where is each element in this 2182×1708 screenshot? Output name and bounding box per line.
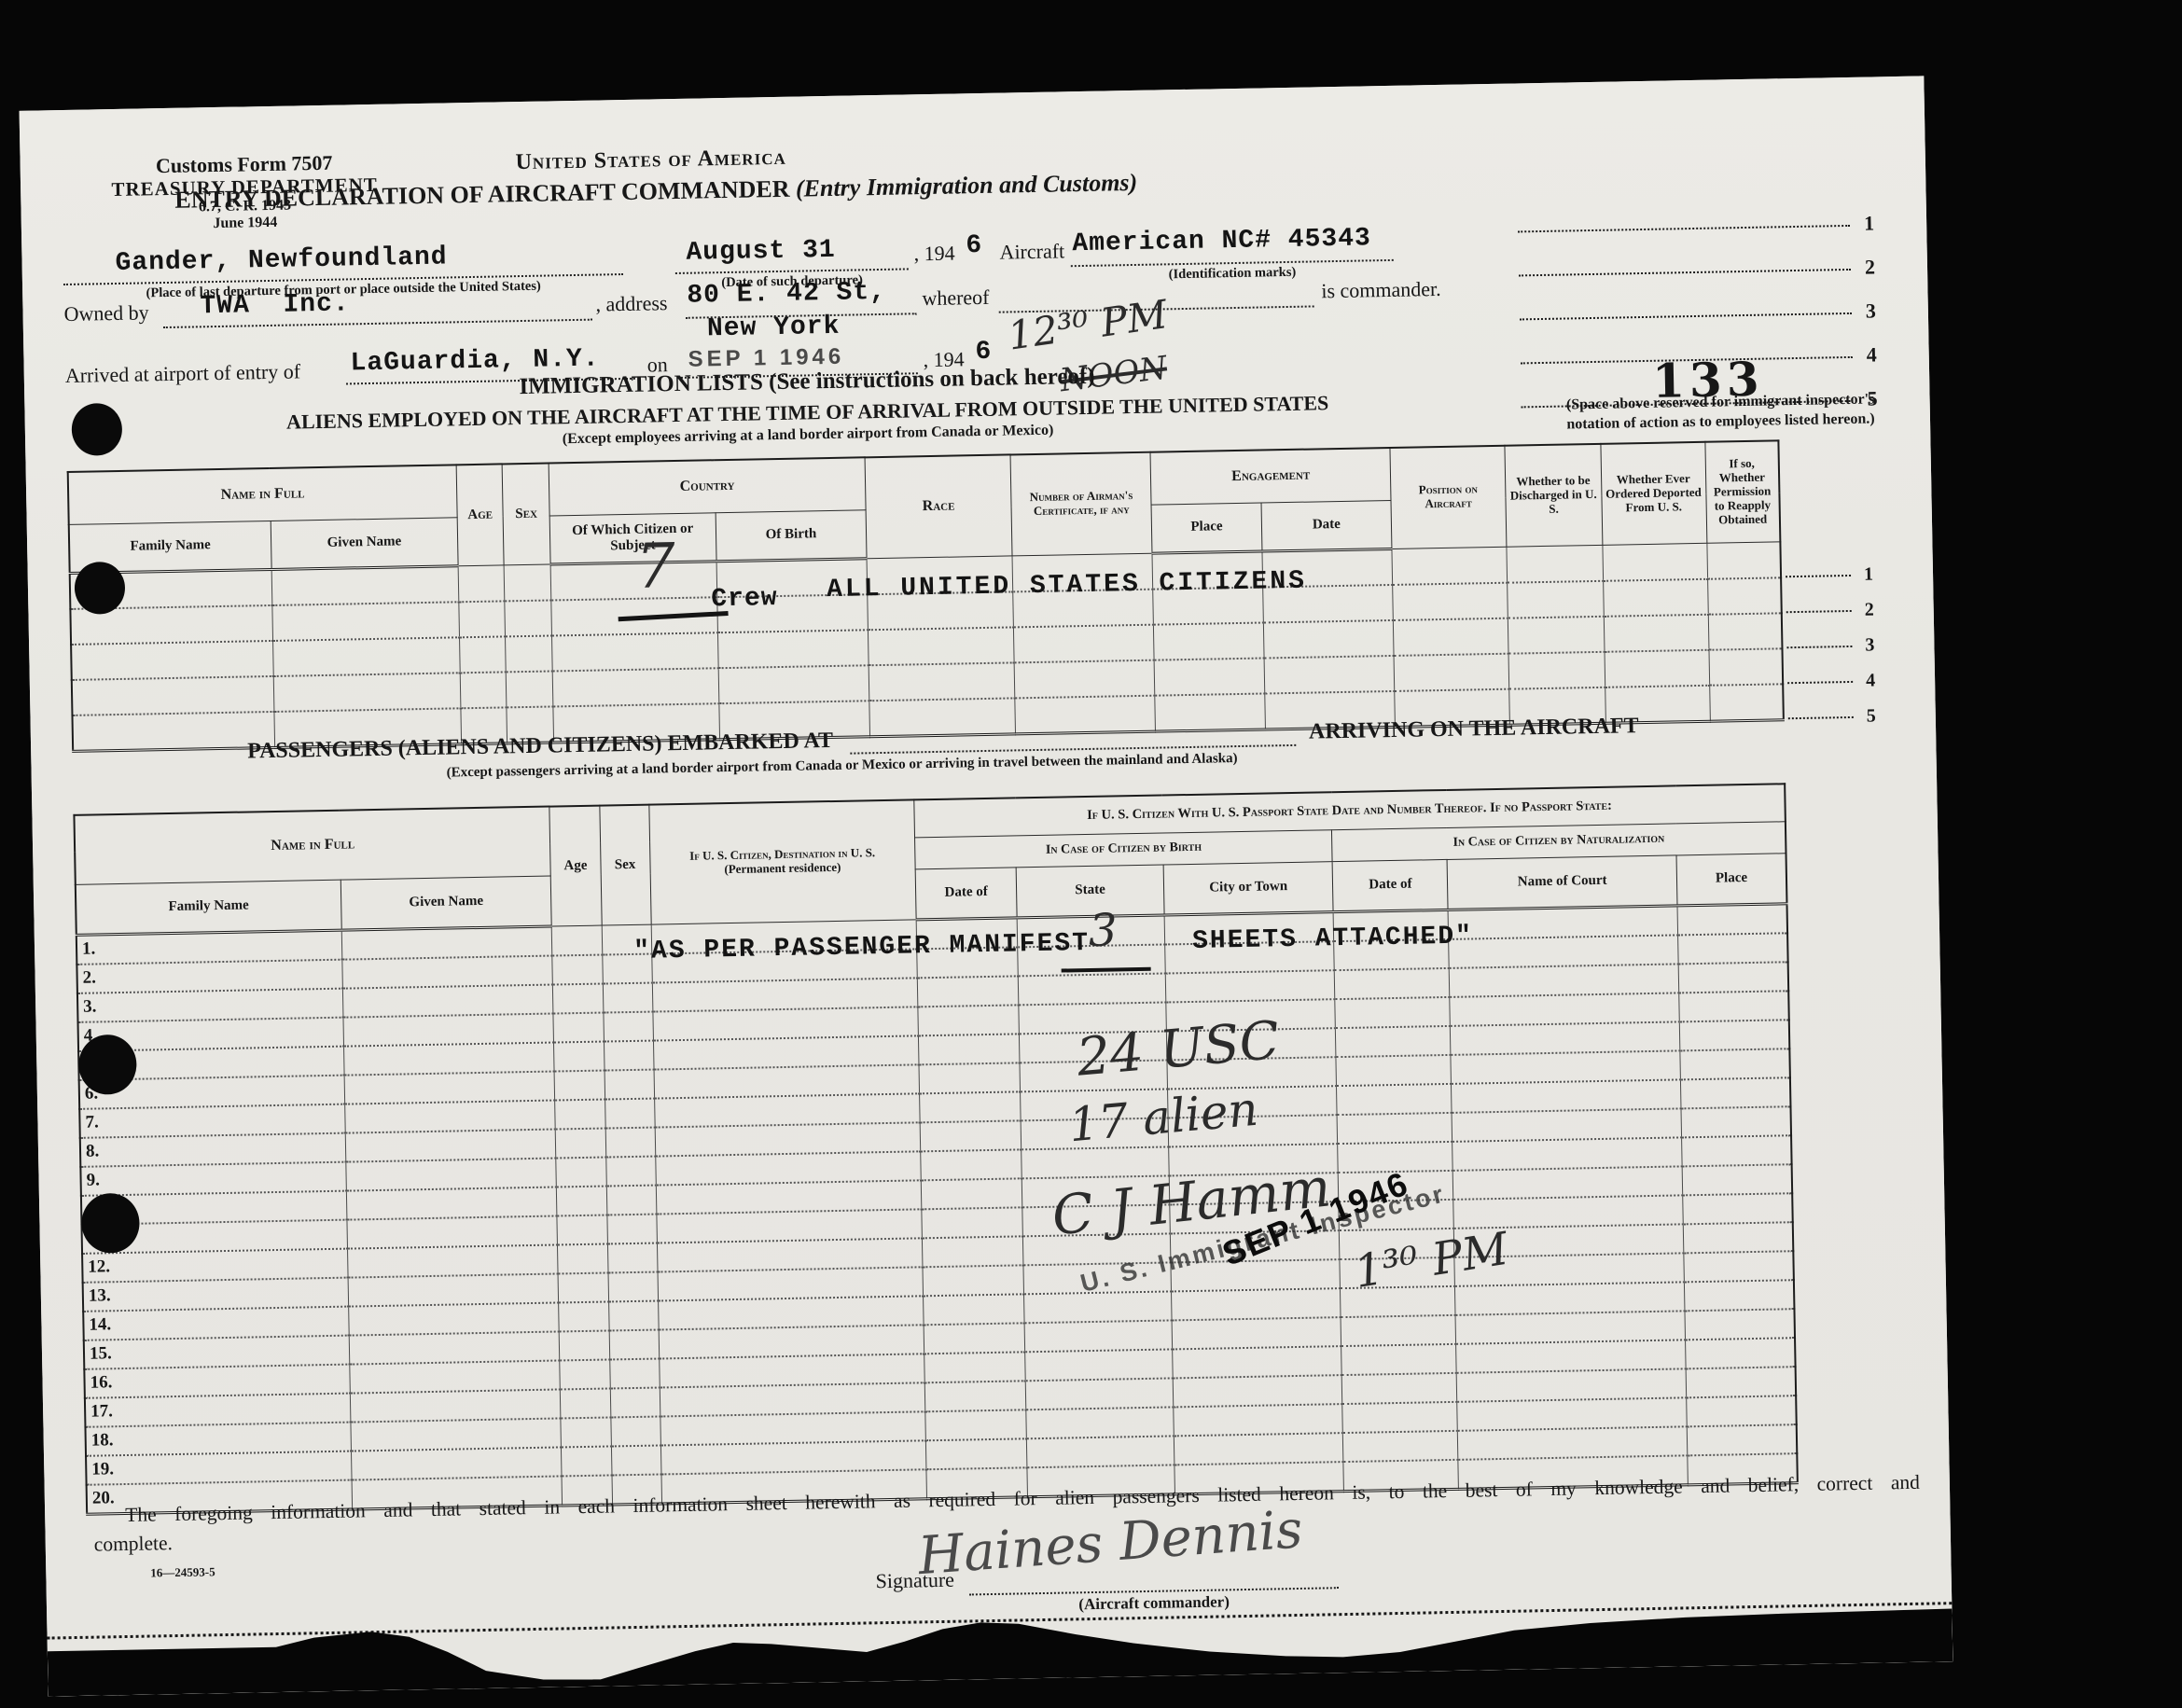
departure-place-value: Gander, Newfoundland bbox=[115, 243, 448, 278]
passenger-row-number: 8. bbox=[82, 1141, 100, 1161]
print-code: 16—24593-5 bbox=[150, 1564, 215, 1580]
passenger-table: Name in Full Age Sex If U. S. Citizen, D… bbox=[73, 783, 1798, 1515]
crew-row-number: 3 bbox=[1865, 635, 1874, 657]
passenger-row-number: 7. bbox=[81, 1112, 99, 1132]
inspector-margin-line: 1 bbox=[1517, 183, 1850, 233]
crew-col-engagement-group: Engagement bbox=[1150, 448, 1391, 505]
passenger-row-number: 9. bbox=[82, 1170, 100, 1190]
address-value: 80 E. 42 St, bbox=[687, 278, 886, 311]
crew-margin-line: 4 bbox=[1786, 647, 1853, 684]
crew-margin-lines: 12345 bbox=[1785, 541, 1853, 719]
inspector-margin-line: 3 bbox=[1519, 271, 1852, 321]
crew-count-handwritten: 7 bbox=[635, 530, 675, 603]
whereof-label: whereof bbox=[922, 285, 990, 311]
crew-col-permission: If so, Whether Permission to Reapply Obt… bbox=[1704, 440, 1780, 542]
pax-col-age: Age bbox=[549, 806, 602, 926]
crew-row-number: 5 bbox=[1867, 705, 1876, 727]
owner-value: TWA Inc. bbox=[200, 289, 350, 321]
commander-label: is commander. bbox=[1321, 277, 1441, 303]
arrival-year-digit: 6 bbox=[975, 338, 992, 367]
passenger-row-number: 1. bbox=[78, 939, 96, 960]
margin-line-number: 4 bbox=[1866, 342, 1876, 367]
crew-col-position: Position on Aircraft bbox=[1390, 446, 1507, 549]
pax-col-birth-date: Date of bbox=[915, 867, 1017, 919]
crew-margin-line: 3 bbox=[1786, 612, 1853, 648]
passenger-row-number: 18. bbox=[88, 1430, 114, 1451]
departure-year-digit: 6 bbox=[966, 231, 982, 260]
pax-col-sex: Sex bbox=[599, 805, 651, 925]
crew-col-birth-country: Of Birth bbox=[716, 509, 867, 561]
page-title-paren: (Entry Immigration and Customs) bbox=[796, 169, 1138, 202]
pax-col-nat-date: Date of bbox=[1333, 859, 1449, 911]
pax-col-nat-court: Name of Court bbox=[1447, 854, 1677, 909]
departure-date-value: August 31 bbox=[686, 236, 836, 268]
crew-col-engagement-date: Date bbox=[1261, 500, 1392, 551]
passenger-row-number: 15. bbox=[86, 1343, 112, 1365]
crew-col-race: Race bbox=[865, 454, 1012, 558]
pax-col-name-group: Name in Full bbox=[74, 807, 550, 884]
pax-col-birth-city: City or Town bbox=[1163, 861, 1334, 914]
crew-row-number: 1 bbox=[1864, 564, 1873, 586]
pax-col-destination: If U. S. Citizen, Destination in U. S. (… bbox=[649, 799, 917, 923]
pax-col-nat-place: Place bbox=[1676, 853, 1786, 905]
passenger-row-number: 14. bbox=[85, 1314, 111, 1336]
crew-margin-line: 2 bbox=[1786, 576, 1852, 613]
passenger-row-number: 12. bbox=[84, 1257, 110, 1278]
crew-col-citizen-of: Of Which Citizen or Subject bbox=[549, 512, 716, 563]
address-label: , address bbox=[595, 291, 667, 316]
passenger-row-number: 16. bbox=[86, 1372, 112, 1394]
aircraft-label: Aircraft bbox=[999, 239, 1064, 264]
aircraft-id-value: American NC# 45343 bbox=[1072, 224, 1371, 258]
margin-line-number: 3 bbox=[1866, 299, 1876, 323]
crew-col-country-group: Country bbox=[549, 457, 866, 515]
pax-col-family-name: Family Name bbox=[76, 880, 341, 935]
passenger-row-number: 19. bbox=[88, 1459, 114, 1480]
crew-col-airman-cert: Number of Airman's Certificate, if any bbox=[1010, 452, 1152, 556]
crew-margin-line: 5 bbox=[1787, 683, 1854, 719]
year-printed-1: , 194 bbox=[913, 242, 954, 267]
manifest-note-right: SHEETS ATTACHED" bbox=[1192, 922, 1473, 956]
crew-margin-line: 1 bbox=[1785, 541, 1851, 577]
inspector-margin-line: 2 bbox=[1518, 227, 1851, 277]
passenger-row-number: 3. bbox=[79, 996, 97, 1017]
crew-col-given-name: Given Name bbox=[271, 517, 458, 569]
passenger-row-number: 2. bbox=[78, 968, 96, 989]
crew-col-age: Age bbox=[456, 464, 504, 565]
margin-line-number: 2 bbox=[1865, 255, 1875, 279]
inspector-space-note: (Space above reserved for immigrant insp… bbox=[1536, 390, 1905, 436]
manifest-sheet-count: 3 bbox=[1088, 904, 1118, 957]
crew-col-engagement-place: Place bbox=[1151, 503, 1261, 553]
crew-col-deported: Whether Ever Ordered Deported From U. S. bbox=[1601, 442, 1707, 545]
owned-by-label: Owned by bbox=[63, 300, 149, 326]
passenger-table-body: 1. 2. 3. 4. 5. 6. 7. bbox=[76, 903, 1798, 1514]
crew-col-name-group: Name in Full bbox=[68, 465, 457, 524]
crew-entry-label: Crew bbox=[711, 584, 778, 614]
crew-row-number: 2 bbox=[1865, 600, 1874, 621]
passengers-title-arriving: ARRIVING ON THE AIRCRAFT bbox=[1309, 714, 1639, 744]
crew-col-discharged: Whether to be Discharged in U. S. bbox=[1505, 444, 1603, 547]
passenger-row-number: 17. bbox=[87, 1401, 113, 1423]
crew-col-sex: Sex bbox=[502, 464, 549, 565]
passenger-row-number: 13. bbox=[85, 1285, 111, 1307]
margin-line-number: 1 bbox=[1864, 211, 1874, 235]
signature-caption: (Aircraft commander) bbox=[1037, 1592, 1271, 1616]
form-paper: Customs Form 7507 TREASURY DEPARTMENT 6.… bbox=[20, 76, 1953, 1696]
scanned-document-screen: Customs Form 7507 TREASURY DEPARTMENT 6.… bbox=[0, 0, 2182, 1708]
crew-row-number: 4 bbox=[1866, 670, 1875, 691]
pax-col-given-name: Given Name bbox=[341, 876, 552, 930]
